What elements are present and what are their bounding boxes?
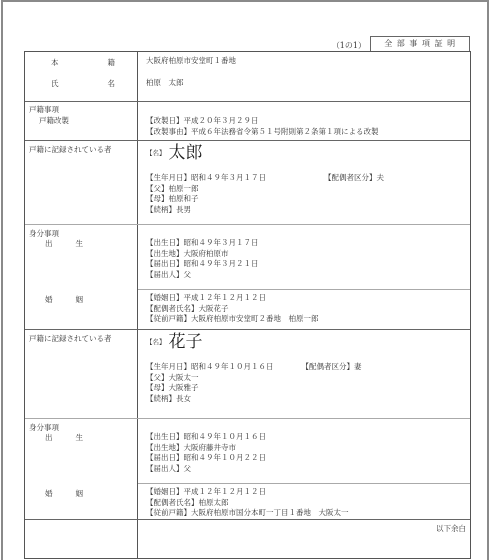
koseki-jiko-label: 戸籍事項 xyxy=(29,104,59,115)
person-details: 【生年月日】昭和４９年３月１７日【配偶者区分】夫 【父】柏原一郎 【母】柏原和子… xyxy=(146,173,384,215)
person-row-label: 戸籍に記録されている者 xyxy=(29,333,112,344)
birth-details: 【出生日】昭和４９年１０月１６日 【出生地】大阪府藤井寺市 【届出日】昭和４９年… xyxy=(146,432,266,474)
birth-label: 出生 xyxy=(45,432,83,443)
row-divider xyxy=(25,418,470,419)
koseki-table: 本籍 大阪府柏原市安堂町１番地 氏名 柏原 太郎 戸籍事項 戸籍改製 【改製日】… xyxy=(24,51,471,559)
birth-details: 【出生日】昭和４９年３月１７日 【出生地】大阪府柏原市 【届出日】昭和４９年３月… xyxy=(146,238,259,280)
page-number: （1の1） xyxy=(320,40,366,51)
row-divider xyxy=(25,224,470,225)
birth-label: 出生 xyxy=(45,238,83,249)
row-divider xyxy=(25,101,470,102)
certificate-type-label: 全部事項証明 xyxy=(370,36,470,51)
person-name: 【名】太郎 xyxy=(146,143,203,163)
person-name: 【名】花子 xyxy=(146,332,203,352)
shimei-label: 氏名 xyxy=(51,78,115,89)
koseki-jiko-details: 【改製日】平成２０年３月２９日 【改製事由】平成６年法務省令第５１号附則第２条第… xyxy=(146,116,379,137)
marriage-label: 婚姻 xyxy=(45,488,83,499)
marriage-details: 【婚姻日】平成１２年１２月１２日 【配偶者氏名】大阪花子 【従前戸籍】大阪府柏原… xyxy=(146,293,319,325)
shimei-value: 柏原 太郎 xyxy=(146,78,184,89)
koseki-kaisei-label: 戸籍改製 xyxy=(39,115,69,126)
person-details: 【生年月日】昭和４９年１０月１６日【配偶者区分】妻 【父】大阪太一 【母】大阪雅… xyxy=(146,362,362,404)
row-divider xyxy=(25,519,470,520)
row-divider xyxy=(25,329,470,330)
end-mark: 以下余白 xyxy=(436,524,466,535)
marriage-details: 【婚姻日】平成１２年１２月１２日 【配偶者氏名】柏原太郎 【従前戸籍】大阪府柏原… xyxy=(146,487,349,519)
honseki-value: 大阪府柏原市安堂町１番地 xyxy=(146,56,236,67)
sub-row-divider xyxy=(138,483,470,484)
honseki-label: 本籍 xyxy=(51,57,115,68)
person-row-label: 戸籍に記録されている者 xyxy=(29,144,112,155)
sub-row-divider xyxy=(138,289,470,290)
row-divider xyxy=(25,140,470,141)
marriage-label: 婚姻 xyxy=(45,294,83,305)
